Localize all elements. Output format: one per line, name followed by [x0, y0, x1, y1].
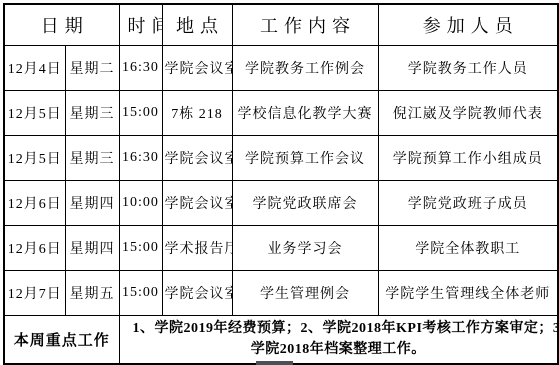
cell-participants: 学院学生管理线全体老师 — [378, 270, 558, 315]
cell-content: 学生管理例会 — [232, 270, 378, 315]
cell-time: 10:00 — [119, 180, 162, 225]
cell-weekday: 星期四 — [65, 225, 119, 270]
header-location: 地点 — [162, 4, 232, 45]
key-work-line-1: 1、学院2019年经费预算；2、学院2018年KPI考核工作方案审定；3、 — [122, 318, 556, 339]
cell-time: 16:30 — [119, 45, 162, 90]
cell-participants: 学院党政班子成员 — [378, 180, 558, 225]
cell-content: 学院党政联席会 — [232, 180, 378, 225]
cell-location: 学院会议室 — [162, 180, 232, 225]
cell-location: 学院会议室 — [162, 270, 232, 315]
cell-content: 业务学习会 — [232, 225, 378, 270]
cell-weekday: 星期三 — [65, 135, 119, 180]
schedule-row: 12月6日 星期四 10:00 学院会议室 学院党政联席会 学院党政班子成员 — [4, 180, 558, 225]
cell-weekday: 星期三 — [65, 90, 119, 135]
cell-time: 15:00 — [119, 90, 162, 135]
cell-date: 12月4日 — [4, 45, 65, 90]
header-participants: 参加人员 — [378, 4, 558, 45]
cell-location: 学院会议室 — [162, 135, 232, 180]
key-work-content: 1、学院2019年经费预算；2、学院2018年KPI考核工作方案审定；3、 学院… — [119, 315, 558, 364]
cell-date: 12月5日 — [4, 90, 65, 135]
schedule-row: 12月7日 星期五 15:00 学院会议室 学生管理例会 学院学生管理线全体老师 — [4, 270, 558, 315]
cell-time: 15:00 — [119, 270, 162, 315]
cell-location: 学院会议室 — [162, 45, 232, 90]
cell-weekday: 星期二 — [65, 45, 119, 90]
key-work-line-2: 学院2018年档案整理工作。 — [122, 339, 556, 360]
cell-participants: 学院预算工作小组成员 — [378, 135, 558, 180]
cell-location: 学术报告厅 — [162, 225, 232, 270]
cell-content: 学院教务工作例会 — [232, 45, 378, 90]
schedule-row: 12月5日 星期三 15:00 7栋 218 学校信息化教学大赛 倪江崴及学院教… — [4, 90, 558, 135]
cell-content: 学校信息化教学大赛 — [232, 90, 378, 135]
cell-participants: 学院全体教职工 — [378, 225, 558, 270]
key-work-row: 本周重点工作 1、学院2019年经费预算；2、学院2018年KPI考核工作方案审… — [4, 315, 558, 364]
key-work-label: 本周重点工作 — [4, 315, 119, 364]
cell-participants: 学院教务工作人员 — [378, 45, 558, 90]
cell-weekday: 星期五 — [65, 270, 119, 315]
cell-content: 学院预算工作会议 — [232, 135, 378, 180]
cell-time: 16:30 — [119, 135, 162, 180]
weekly-schedule-table: 日期 时间 地点 工作内容 参加人员 12月4日 星期二 16:30 学院会议室… — [3, 3, 559, 365]
schedule-row: 12月5日 星期三 16:30 学院会议室 学院预算工作会议 学院预算工作小组成… — [4, 135, 558, 180]
header-date: 日期 — [4, 4, 119, 45]
bottom-scrollbar-thumb[interactable] — [256, 361, 293, 365]
table-header-row: 日期 时间 地点 工作内容 参加人员 — [4, 4, 558, 45]
cell-time: 15:00 — [119, 225, 162, 270]
cell-date: 12月7日 — [4, 270, 65, 315]
schedule-row: 12月6日 星期四 15:00 学术报告厅 业务学习会 学院全体教职工 — [4, 225, 558, 270]
cell-weekday: 星期四 — [65, 180, 119, 225]
cell-date: 12月6日 — [4, 225, 65, 270]
schedule-row: 12月4日 星期二 16:30 学院会议室 学院教务工作例会 学院教务工作人员 — [4, 45, 558, 90]
cell-date: 12月5日 — [4, 135, 65, 180]
header-content: 工作内容 — [232, 4, 378, 45]
header-time: 时间 — [119, 4, 162, 45]
cell-participants: 倪江崴及学院教师代表 — [378, 90, 558, 135]
schedule-page: 日期 时间 地点 工作内容 参加人员 12月4日 星期二 16:30 学院会议室… — [0, 0, 559, 365]
cell-location: 7栋 218 — [162, 90, 232, 135]
cell-date: 12月6日 — [4, 180, 65, 225]
